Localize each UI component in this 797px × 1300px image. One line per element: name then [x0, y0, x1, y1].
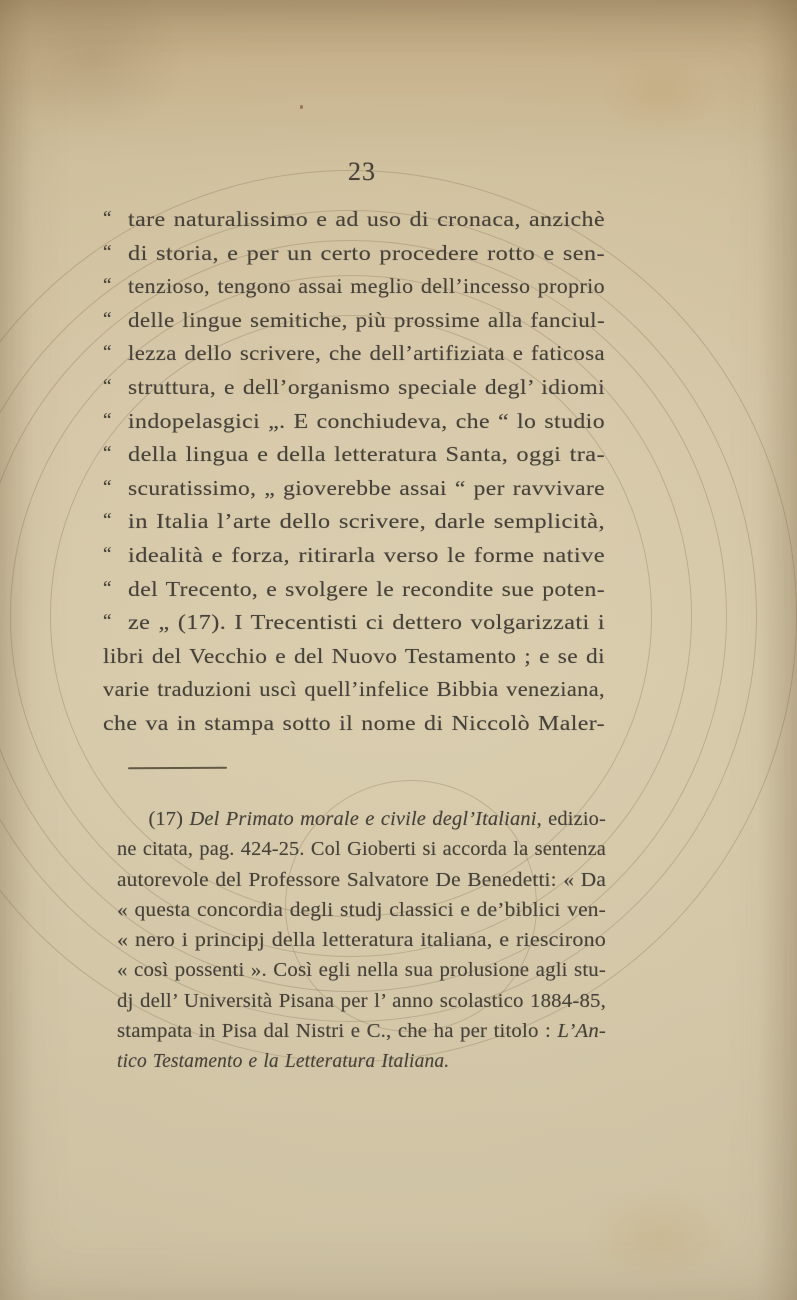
text-line: “del Trecento, e svolgere le recondite s… [103, 573, 605, 607]
footnote-italic-title: L’An- [557, 1021, 606, 1042]
footnote-text: (17) [148, 809, 189, 830]
text-line: “tare naturalissimo e ad uso di cronaca,… [103, 203, 605, 237]
margin-quote-mark: “ [103, 338, 112, 368]
footnote-text: dj dell’ Università Pisana per l’ anno s… [117, 991, 606, 1012]
text-line-content: struttura, e dell’organismo speciale deg… [128, 371, 605, 405]
paper-stain [560, 1170, 760, 1300]
footnote-text: autorevole del Professore Salvatore De B… [117, 870, 606, 891]
footnote-line: « questa concordia degli studj classici … [117, 896, 606, 926]
margin-quote-mark: “ [103, 607, 112, 637]
footnote-line: tico Testamento e la Letteratura Italian… [117, 1047, 606, 1077]
ink-speck [300, 105, 303, 109]
text-line-content: scuratissimo, „ gioverebbe assai “ per r… [128, 472, 605, 506]
text-line-content: varie traduzioni uscì quell’infelice Bib… [103, 673, 605, 707]
text-line: “delle lingue semitiche, più prossime al… [103, 304, 605, 338]
margin-quote-mark: “ [103, 238, 112, 268]
paper-stain [0, 0, 220, 160]
text-line-content: del Trecento, e svolgere le recondite su… [128, 573, 605, 607]
footnote-line: « nero i principj della letteratura ital… [117, 926, 606, 956]
footnote-text: stampata in Pisa dal Nistri e C., che ha… [117, 1021, 557, 1042]
footnote-text: ne citata, pag. 424-25. Col Gioberti si … [117, 839, 606, 860]
text-line: “struttura, e dell’organismo speciale de… [103, 371, 605, 405]
text-line: “ze „ (17). I Trecentisti ci dettero vol… [103, 606, 605, 640]
footnote-italic-title: Del Primato morale e civile degl’Italian… [189, 809, 536, 830]
page-number: 23 [103, 157, 605, 187]
text-line-content: della lingua e della letteratura Santa, … [128, 438, 605, 472]
text-line-content: delle lingue semitiche, più prossime all… [128, 304, 605, 338]
footnote-text: « così possenti ». Così egli nella sua p… [117, 960, 606, 981]
text-line: “tenzioso, tengono assai meglio dell’inc… [103, 270, 605, 304]
footnote-separator [128, 767, 227, 770]
text-line-content: in Italia l’arte dello scrivere, darle s… [128, 505, 605, 539]
text-line-content: tenzioso, tengono assai meglio dell’ince… [128, 270, 605, 304]
footnote-block: (17) Del Primato morale e civile degl’It… [117, 805, 606, 1078]
margin-quote-mark: “ [103, 506, 112, 536]
text-line: che va in stampa sotto il nome di Niccol… [103, 707, 605, 741]
margin-quote-mark: “ [103, 204, 112, 234]
text-line: libri del Vecchio e del Nuovo Testamento… [103, 640, 605, 674]
text-line-content: tare naturalissimo e ad uso di cronaca, … [128, 203, 605, 237]
footnote-line: (17) Del Primato morale e civile degl’It… [117, 805, 606, 835]
text-line-content: ze „ (17). I Trecentisti ci dettero volg… [128, 606, 605, 640]
margin-quote-mark: “ [103, 372, 112, 402]
footnote-text: « questa concordia degli studj classici … [117, 900, 606, 921]
paper-stain [580, 40, 740, 150]
main-text-block: “tare naturalissimo e ad uso di cronaca,… [103, 203, 605, 741]
footnote-line: stampata in Pisa dal Nistri e C., che ha… [117, 1017, 606, 1047]
text-line-content: idealità e forza, ritirarla verso le for… [128, 539, 605, 573]
text-line-content: che va in stampa sotto il nome di Niccol… [103, 707, 605, 741]
margin-quote-mark: “ [103, 574, 112, 604]
text-line: varie traduzioni uscì quell’infelice Bib… [103, 673, 605, 707]
text-line-content: lezza dello scrivere, che dell’artifizia… [128, 337, 605, 371]
margin-quote-mark: “ [103, 439, 112, 469]
margin-quote-mark: “ [103, 305, 112, 335]
text-line: “scuratissimo, „ gioverebbe assai “ per … [103, 472, 605, 506]
text-line-content: indopelasgici „. E conchiudeva, che “ lo… [128, 405, 605, 439]
text-line: “della lingua e della letteratura Santa,… [103, 438, 605, 472]
footnote-italic-title: tico Testamento e la Letteratura Italian… [117, 1051, 449, 1072]
footnote-text: « nero i principj della letteratura ital… [117, 930, 606, 951]
footnote-line: dj dell’ Università Pisana per l’ anno s… [117, 987, 606, 1017]
margin-quote-mark: “ [103, 473, 112, 503]
footnote-text: , edizio- [537, 809, 606, 830]
text-line-content: di storia, e per un certo procedere rott… [128, 237, 605, 271]
text-line: “lezza dello scrivere, che dell’artifizi… [103, 337, 605, 371]
footnote-line: ne citata, pag. 424-25. Col Gioberti si … [117, 835, 606, 865]
footnote-line: « così possenti ». Così egli nella sua p… [117, 956, 606, 986]
text-line: “di storia, e per un certo procedere rot… [103, 237, 605, 271]
footnote-line: autorevole del Professore Salvatore De B… [117, 866, 606, 896]
margin-quote-mark: “ [103, 271, 112, 301]
text-line: “in Italia l’arte dello scrivere, darle … [103, 505, 605, 539]
scanned-book-page: 23 “tare naturalissimo e ad uso di crona… [0, 0, 797, 1300]
text-line-content: libri del Vecchio e del Nuovo Testamento… [103, 640, 605, 674]
margin-quote-mark: “ [103, 406, 112, 436]
text-line: “indopelasgici „. E conchiudeva, che “ l… [103, 405, 605, 439]
margin-quote-mark: “ [103, 540, 112, 570]
text-line: “idealità e forza, ritirarla verso le fo… [103, 539, 605, 573]
